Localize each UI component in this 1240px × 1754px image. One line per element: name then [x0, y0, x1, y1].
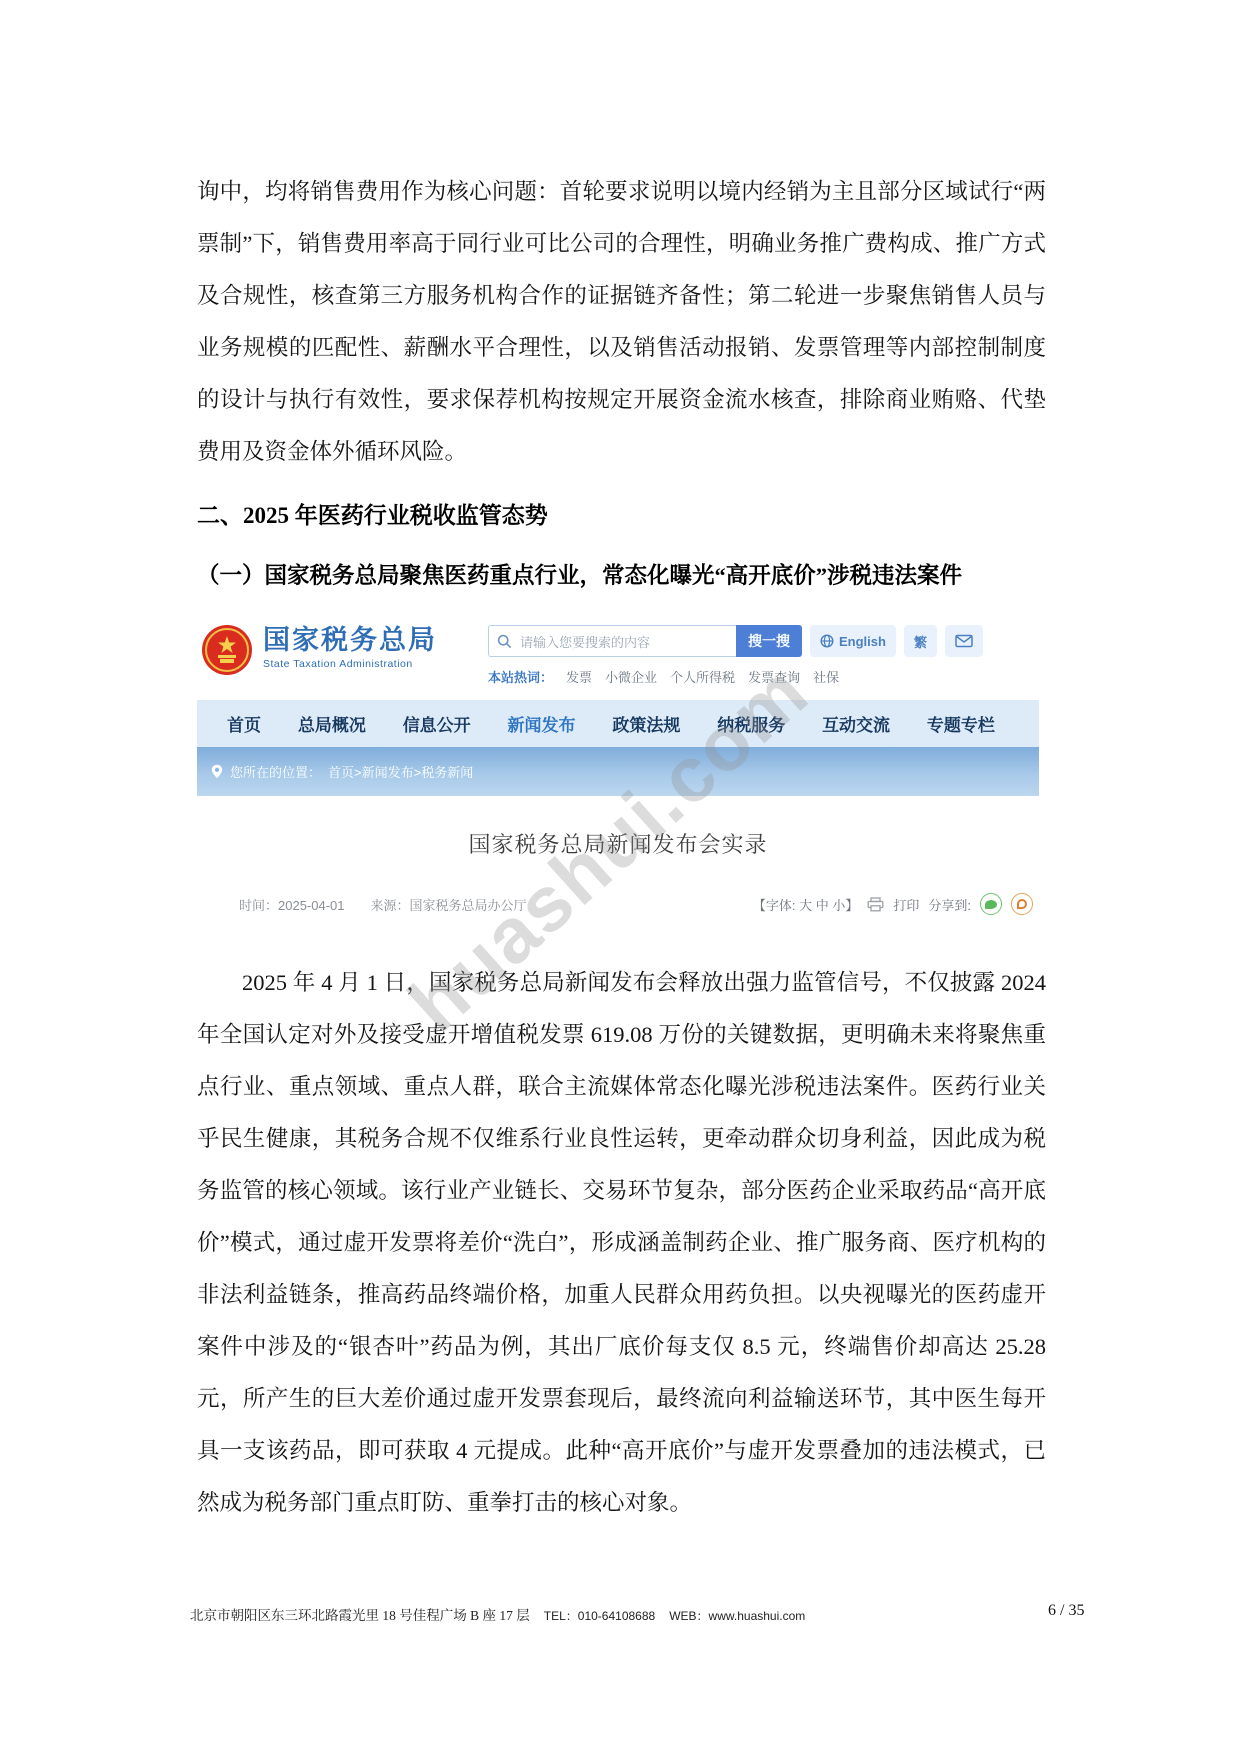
sta-logo[interactable]: 国家税务总局 State Taxation Administration: [201, 624, 437, 686]
article-time: 时间：2025-04-01: [239, 895, 345, 914]
page-number: 6 / 35: [1048, 1602, 1084, 1620]
hot-words-label: 本站热词：: [488, 667, 553, 686]
article-header: 国家税务总局新闻发布会实录 时间：2025-04-01 来源：国家税务总局办公厅…: [197, 796, 1039, 931]
hot-word-link[interactable]: 发票: [566, 667, 592, 686]
weibo-share-icon[interactable]: [1011, 893, 1033, 915]
web-value[interactable]: www.huashui.com: [709, 1609, 806, 1623]
hot-word-link[interactable]: 个人所得税: [670, 667, 735, 686]
nav-item-special-columns[interactable]: 专题专栏: [927, 711, 995, 736]
source-label: 来源：: [371, 898, 410, 913]
section-heading: 二、2025 年医药行业税收监管态势: [197, 494, 1046, 538]
search-button[interactable]: 搜一搜: [736, 625, 802, 657]
article-meta: 时间：2025-04-01 来源：国家税务总局办公厅 【字体: 大 中 小】: [197, 893, 1039, 925]
nav-item-info-disclosure[interactable]: 信息公开: [403, 711, 471, 736]
document-body: 询中，均将销售费用作为核心问题：首轮要求说明以境内经销为主且部分区域试行“两票制…: [197, 166, 1046, 1529]
wechat-share-icon[interactable]: [980, 893, 1002, 915]
nav-item-interaction[interactable]: 互动交流: [822, 711, 890, 736]
print-button[interactable]: 打印: [893, 895, 919, 914]
share-label: 分享到:: [928, 895, 971, 914]
nav-item-policies[interactable]: 政策法规: [612, 711, 680, 736]
article-meta-left: 时间：2025-04-01 来源：国家税务总局办公厅: [239, 895, 527, 914]
mail-icon: [955, 634, 973, 648]
location-pin-icon: [211, 764, 223, 779]
article-title: 国家税务总局新闻发布会实录: [197, 828, 1039, 859]
english-label: English: [839, 634, 886, 649]
search-row: 请输入您要搜索的内容 搜一搜 English: [488, 624, 1046, 658]
breadcrumb: 您所在的位置： 首页>新闻发布>税务新闻: [197, 747, 1039, 796]
article-meta-right: 【字体: 大 中 小】 打印 分享到:: [753, 893, 1033, 915]
nav-item-overview[interactable]: 总局概况: [298, 711, 366, 736]
sta-site-header: 国家税务总局 State Taxation Administration: [197, 618, 1046, 692]
breadcrumb-path[interactable]: 首页>新闻发布>税务新闻: [328, 762, 473, 781]
time-label: 时间：: [239, 898, 278, 913]
footer-web: WEB：www.huashui.com: [669, 1607, 805, 1624]
search-input[interactable]: 请输入您要搜索的内容: [488, 625, 736, 657]
logo-title: 国家税务总局: [263, 624, 437, 656]
logo-subtitle: State Taxation Administration: [263, 658, 437, 670]
hot-word-link[interactable]: 发票查询: [748, 667, 800, 686]
breadcrumb-label: 您所在的位置：: [230, 762, 321, 781]
traditional-chinese-link[interactable]: 繁: [904, 625, 937, 657]
search-placeholder: 请输入您要搜索的内容: [520, 632, 650, 651]
national-emblem-icon: [201, 624, 253, 676]
hot-words-bar: 本站热词： 发票 小微企业 个人所得税 发票查询 社保: [488, 667, 1046, 686]
mail-link[interactable]: [945, 625, 983, 657]
printer-icon: [867, 897, 884, 912]
time-value: 2025-04-01: [278, 898, 345, 913]
main-navigation: 首页 总局概况 信息公开 新闻发布 政策法规 纳税服务 互动交流 专题专栏: [197, 700, 1039, 747]
article-source: 来源：国家税务总局办公厅: [371, 895, 527, 914]
font-size-controls[interactable]: 【字体: 大 中 小】: [753, 895, 858, 914]
globe-icon: [820, 634, 834, 648]
nav-item-home[interactable]: 首页: [227, 711, 261, 736]
hot-word-link[interactable]: 社保: [813, 667, 839, 686]
footer-address: 北京市朝阳区东三环北路霞光里 18 号佳程广场 B 座 17 层: [190, 1604, 530, 1624]
tel-label: TEL：: [544, 1609, 578, 1623]
paragraph-continuation: 询中，均将销售费用作为核心问题：首轮要求说明以境内经销为主且部分区域试行“两票制…: [197, 166, 1046, 478]
english-language-link[interactable]: English: [810, 625, 896, 657]
subsection-heading: （一）国家税务总局聚焦医药重点行业，常态化曝光“高开底价”涉税违法案件: [197, 550, 1046, 602]
paragraph-body: 2025 年 4 月 1 日，国家税务总局新闻发布会释放出强力监管信号，不仅披露…: [197, 957, 1046, 1529]
hot-word-link[interactable]: 小微企业: [605, 667, 657, 686]
search-icon: [497, 634, 512, 649]
search-area: 请输入您要搜索的内容 搜一搜 English: [488, 624, 1046, 686]
logo-text: 国家税务总局 State Taxation Administration: [263, 624, 437, 670]
nav-item-news-release[interactable]: 新闻发布: [508, 711, 576, 736]
source-value: 国家税务总局办公厅: [410, 898, 527, 913]
document-page: 询中，均将销售费用作为核心问题：首轮要求说明以境内经销为主且部分区域试行“两票制…: [0, 0, 1240, 1754]
tel-value: 010-64108688: [578, 1609, 655, 1623]
footer-tel: TEL：010-64108688: [544, 1607, 655, 1624]
nav-item-tax-services[interactable]: 纳税服务: [717, 711, 785, 736]
sta-website-screenshot: 国家税务总局 State Taxation Administration: [197, 618, 1046, 931]
web-label: WEB：: [669, 1609, 708, 1623]
page-footer: 北京市朝阳区东三环北路霞光里 18 号佳程广场 B 座 17 层 TEL：010…: [190, 1604, 1110, 1624]
